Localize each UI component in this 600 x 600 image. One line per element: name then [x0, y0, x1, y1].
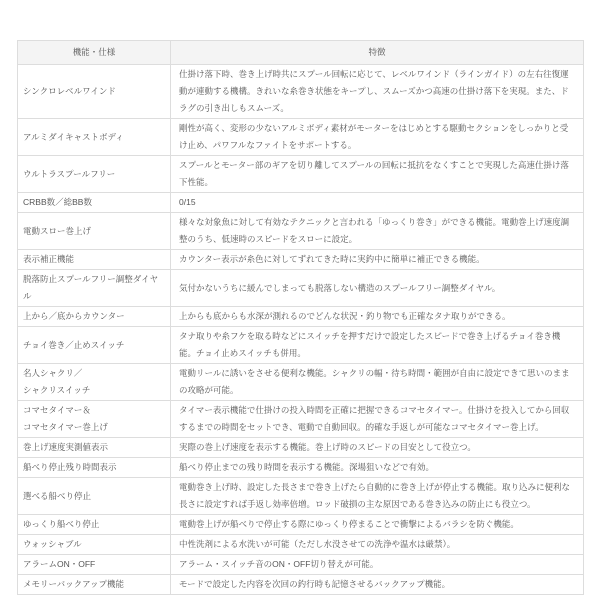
feature-name-cell: 表示補正機能 — [18, 250, 171, 270]
table-row: チョイ巻き／止めスイッチ タナ取りや糸フケを取る時などにスイッチを押すだけで設定… — [18, 327, 584, 364]
feature-name-cell: コマセタイマー＆ コマセタイマー巻上げ — [18, 401, 171, 438]
feature-description-cell: 0/15 — [171, 193, 584, 213]
feature-name-cell: チョイ巻き／止めスイッチ — [18, 327, 171, 364]
feature-name-cell: CRBB数／総BB数 — [18, 193, 171, 213]
table-row: コマセタイマー＆ コマセタイマー巻上げ タイマー表示機能で仕掛けの投入時間を正確… — [18, 401, 584, 438]
feature-name-cell: メモリーバックアップ機能 — [18, 575, 171, 595]
feature-name-cell: ウルトラスプールフリー — [18, 156, 171, 193]
table-row: 選べる船べり停止 電動巻き上げ時、設定した長さまで巻き上げたら自動的に巻き上げが… — [18, 478, 584, 515]
table-row: ゆっくり船べり停止 電動巻上げが船べりで停止する際にゆっくり停まることで衝撃によ… — [18, 515, 584, 535]
feature-description-cell: スプールとモーター部のギアを切り離してスプールの回転に抵抗をなくすことで実現した… — [171, 156, 584, 193]
feature-description-cell: タイマー表示機能で仕掛けの投入時間を正確に把握できるコマセタイマー。仕掛けを投入… — [171, 401, 584, 438]
feature-description-cell: タナ取りや糸フケを取る時などにスイッチを押すだけで設定したスピードで巻き上げるチ… — [171, 327, 584, 364]
feature-name-cell: ゆっくり船べり停止 — [18, 515, 171, 535]
feature-name-cell: 船べり停止残り時間表示 — [18, 458, 171, 478]
spec-table-container: 機能・仕様 特徴 シンクロレベルワインド 仕掛け落下時、巻き上げ時共にスプール回… — [17, 40, 584, 595]
feature-description-cell: カウンター表示が糸色に対してずれてきた時に実釣中に簡単に補正できる機能。 — [171, 250, 584, 270]
feature-description-cell: 様々な対象魚に対して有効なテクニックと言われる「ゆっくり巻き」ができる機能。電動… — [171, 213, 584, 250]
table-row: 電動スロー巻上げ 様々な対象魚に対して有効なテクニックと言われる「ゆっくり巻き」… — [18, 213, 584, 250]
feature-description-cell: 電動リールに誘いをさせる便利な機能。シャクリの幅・待ち時間・範囲が自由に設定でき… — [171, 364, 584, 401]
feature-description-cell: 気付かないうちに緩んでしまっても脱落しない構造のスプールフリー調整ダイヤル。 — [171, 270, 584, 307]
table-row: 上から／底からカウンター 上からも底からも水深が測れるのでどんな状況・釣り物でも… — [18, 307, 584, 327]
feature-description-cell: 実際の巻上げ速度を表示する機能。巻上げ時のスピードの目安として役立つ。 — [171, 438, 584, 458]
feature-name-cell: 選べる船べり停止 — [18, 478, 171, 515]
feature-description-cell: 上からも底からも水深が測れるのでどんな状況・釣り物でも正確なタナ取りができる。 — [171, 307, 584, 327]
feature-name-cell: アラームON・OFF — [18, 555, 171, 575]
table-row: アラームON・OFF アラーム・スイッチ音のON・OFF切り替えが可能。 — [18, 555, 584, 575]
feature-name-cell: 名人シャクリ／ シャクリスイッチ — [18, 364, 171, 401]
feature-name-cell: 電動スロー巻上げ — [18, 213, 171, 250]
feature-name-cell: ウォッシャブル — [18, 535, 171, 555]
feature-description-cell: 船べり停止までの残り時間を表示する機能。深場狙いなどで有効。 — [171, 458, 584, 478]
feature-name-cell: シンクロレベルワインド — [18, 65, 171, 119]
feature-description-cell: 仕掛け落下時、巻き上げ時共にスプール回転に応じて、レベルワインド（ラインガイド）… — [171, 65, 584, 119]
feature-description-cell: 剛性が高く、変形の少ないアルミボディ素材がモーターをはじめとする駆動セクションを… — [171, 119, 584, 156]
table-row: 巻上げ速度実測値表示 実際の巻上げ速度を表示する機能。巻上げ時のスピードの目安と… — [18, 438, 584, 458]
table-row: 表示補正機能 カウンター表示が糸色に対してずれてきた時に実釣中に簡単に補正できる… — [18, 250, 584, 270]
feature-name-cell: アルミダイキャストボディ — [18, 119, 171, 156]
spec-table: 機能・仕様 特徴 シンクロレベルワインド 仕掛け落下時、巻き上げ時共にスプール回… — [17, 40, 584, 595]
feature-description-cell: 電動巻上げが船べりで停止する際にゆっくり停まることで衝撃によるバラシを防ぐ機能。 — [171, 515, 584, 535]
table-row: アルミダイキャストボディ 剛性が高く、変形の少ないアルミボディ素材がモーターをは… — [18, 119, 584, 156]
feature-description-cell: モードで設定した内容を次回の釣行時も記憶させるバックアップ機能。 — [171, 575, 584, 595]
feature-description-cell: 中性洗剤による水洗いが可能（ただし水没させての洗浄や温水は厳禁）。 — [171, 535, 584, 555]
table-row: 名人シャクリ／ シャクリスイッチ 電動リールに誘いをさせる便利な機能。シャクリの… — [18, 364, 584, 401]
feature-description-cell: アラーム・スイッチ音のON・OFF切り替えが可能。 — [171, 555, 584, 575]
table-row: ウルトラスプールフリー スプールとモーター部のギアを切り離してスプールの回転に抵… — [18, 156, 584, 193]
table-row: ウォッシャブル 中性洗剤による水洗いが可能（ただし水没させての洗浄や温水は厳禁）… — [18, 535, 584, 555]
feature-description-cell: 電動巻き上げ時、設定した長さまで巻き上げたら自動的に巻き上げが停止する機能。取り… — [171, 478, 584, 515]
table-row: シンクロレベルワインド 仕掛け落下時、巻き上げ時共にスプール回転に応じて、レベル… — [18, 65, 584, 119]
feature-name-cell: 脱落防止スプールフリー調整ダイヤル — [18, 270, 171, 307]
table-row: 脱落防止スプールフリー調整ダイヤル 気付かないうちに緩んでしまっても脱落しない構… — [18, 270, 584, 307]
feature-name-cell: 巻上げ速度実測値表示 — [18, 438, 171, 458]
table-row: CRBB数／総BB数 0/15 — [18, 193, 584, 213]
header-feature: 機能・仕様 — [18, 41, 171, 65]
table-row: 船べり停止残り時間表示 船べり停止までの残り時間を表示する機能。深場狙いなどで有… — [18, 458, 584, 478]
feature-name-cell: 上から／底からカウンター — [18, 307, 171, 327]
table-row: メモリーバックアップ機能 モードで設定した内容を次回の釣行時も記憶させるバックア… — [18, 575, 584, 595]
header-description: 特徴 — [171, 41, 584, 65]
table-header-row: 機能・仕様 特徴 — [18, 41, 584, 65]
